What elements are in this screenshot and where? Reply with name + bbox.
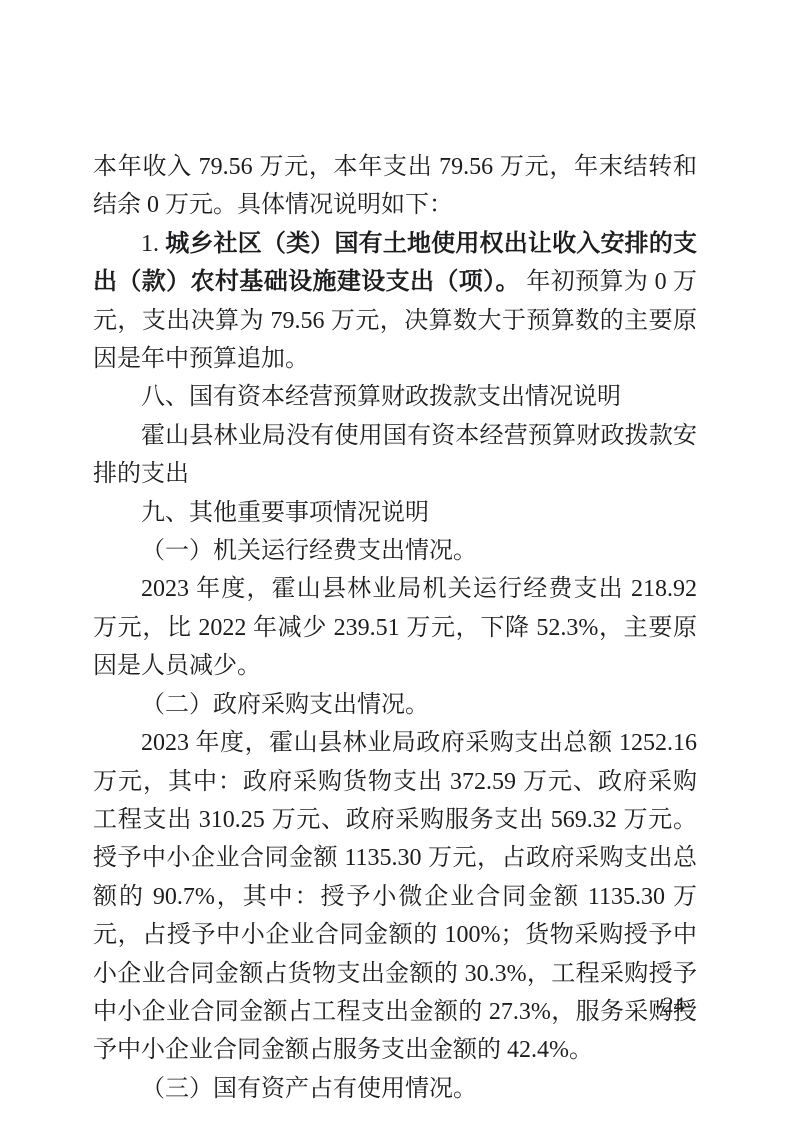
paragraph-soe-budget: 霍山县林业局没有使用国有资本经营预算财政拨款安排的支出 xyxy=(93,417,697,494)
subheading-operating-cost: （一）机关运行经费支出情况。 xyxy=(93,532,697,570)
paragraph-carryover: 本年收入 79.56 万元，本年支出 79.56 万元，年末结转和结余 0 万元… xyxy=(93,148,697,225)
heading-section-8: 八、国有资本经营预算财政拨款支出情况说明 xyxy=(93,378,697,416)
subheading-procurement: （二）政府采购支出情况。 xyxy=(93,686,697,724)
paragraph-land-transfer-expense: 1. 城乡社区（类）国有土地使用权出让收入安排的支出（款）农村基础设施建设支出（… xyxy=(93,225,697,379)
document-page: 本年收入 79.56 万元，本年支出 79.56 万元，年末结转和结余 0 万元… xyxy=(0,0,793,1122)
paragraph-operating-cost: 2023 年度，霍山县林业局机关运行经费支出 218.92 万元，比 2022 … xyxy=(93,570,697,685)
page-footer: -24- xyxy=(655,994,692,1016)
page-number: -24- xyxy=(655,992,692,1017)
page-content: 本年收入 79.56 万元，本年支出 79.56 万元，年末结转和结余 0 万元… xyxy=(93,148,697,1108)
heading-section-9: 九、其他重要事项情况说明 xyxy=(93,494,697,532)
paragraph-procurement: 2023 年度，霍山县林业局政府采购支出总额 1252.16 万元，其中：政府采… xyxy=(93,724,697,1070)
item-number: 1. xyxy=(141,231,159,257)
subheading-state-assets: （三）国有资产占有使用情况。 xyxy=(93,1070,697,1108)
